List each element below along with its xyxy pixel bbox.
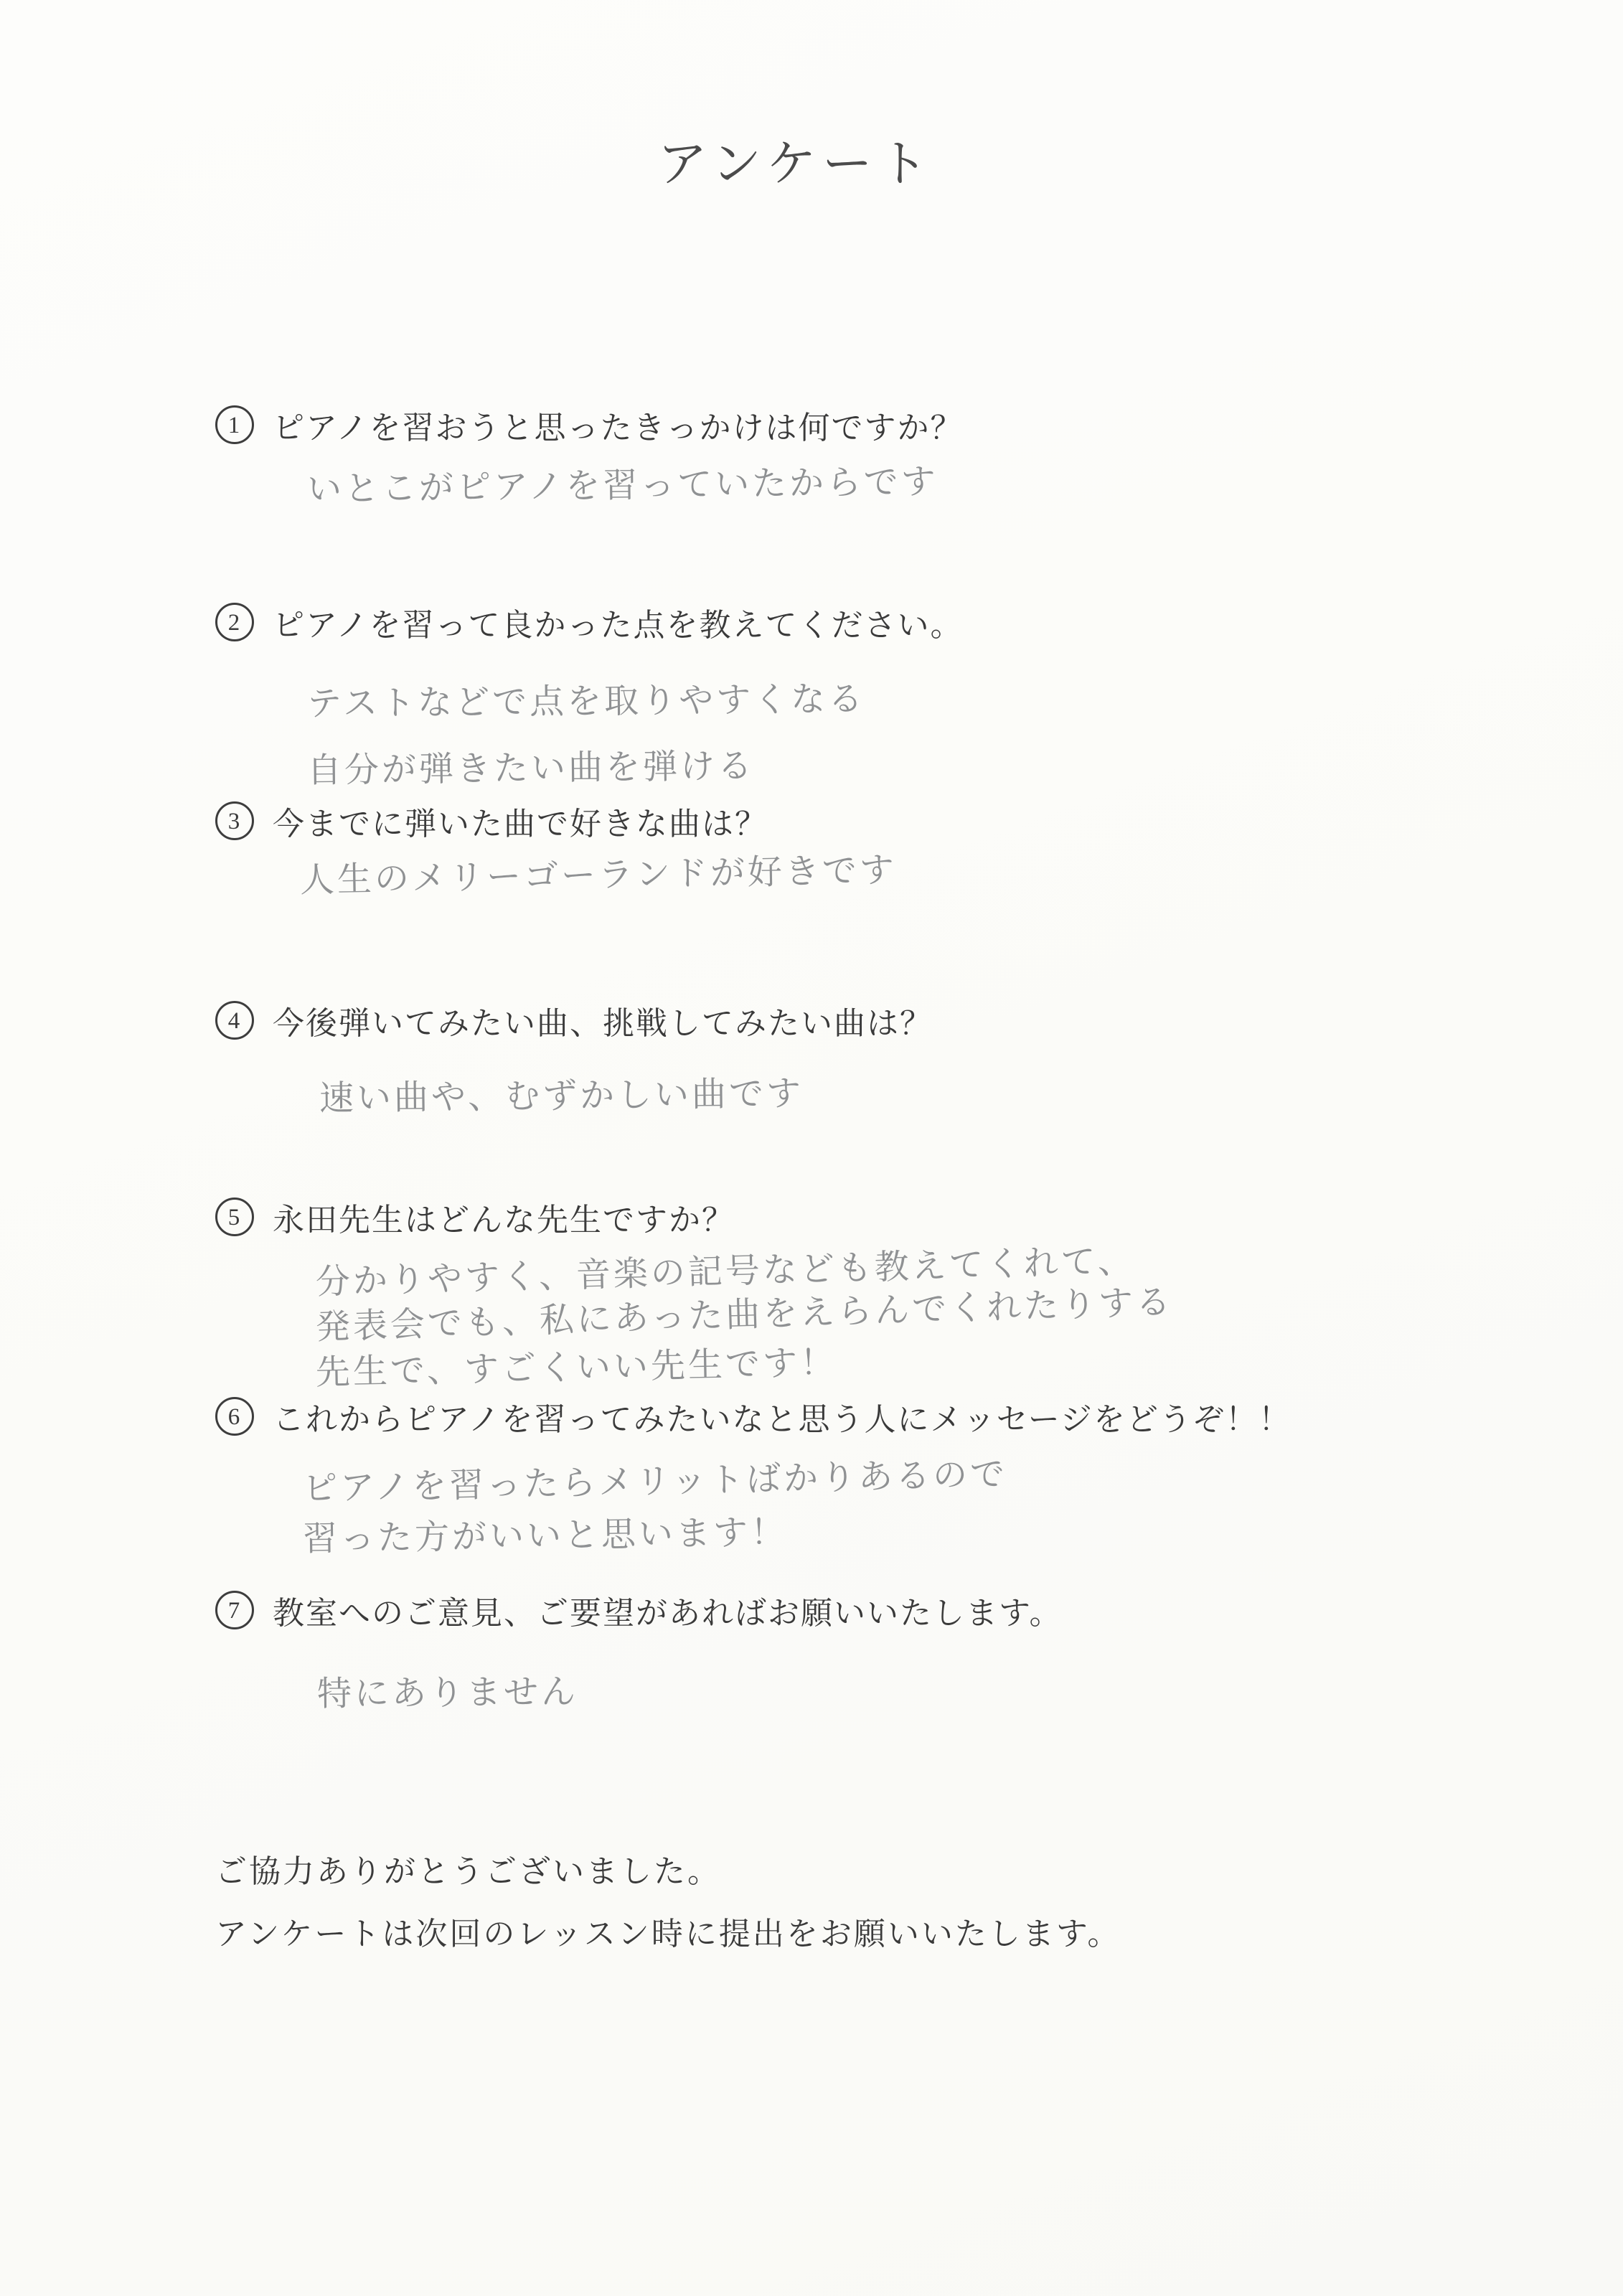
question-head: 5 永田先生はどんな先生ですか？ (215, 1194, 1478, 1240)
handwritten-answers: 特にありません (317, 1672, 1478, 1716)
question-head: 3 今までに弾いた曲で好きな曲は？ (215, 798, 1478, 844)
page-title: アンケート (657, 123, 934, 196)
question-number-badge: 5 (215, 1198, 254, 1236)
question-number-badge: 3 (215, 801, 254, 840)
handwritten-answers: 速い曲や、むずかしい曲です (319, 1076, 1478, 1121)
question-item: 5 永田先生はどんな先生ですか？ 分かりやすく、音楽の記号なども教えてくれて、発… (215, 1194, 1478, 1396)
question-item: 4 今後弾いてみたい曲、挑戦してみたい曲は？ 速い曲や、むずかしい曲です (215, 997, 1478, 1121)
question-item: 2 ピアノを習って良かった点を教えてください。 テストなどで点を取りやすくなる自… (215, 599, 1478, 804)
question-number: 2 (228, 610, 242, 636)
question-item: 3 今までに弾いた曲で好きな曲は？ 人生のメリーゴーランドが好きです (215, 798, 1478, 903)
question-number-badge: 4 (215, 1001, 254, 1040)
question-text: ピアノを習って良かった点を教えてください。 (273, 599, 963, 645)
question-text: 今後弾いてみたい曲、挑戦してみたい曲は？ (273, 997, 933, 1043)
question-text: ピアノを習おうと思ったきっかけは何ですか？ (273, 402, 963, 448)
questionnaire-page: アンケート 1 ピアノを習おうと思ったきっかけは何ですか？ いとこがピアノを習っ… (0, 0, 1623, 2296)
question-head: 7 教室へのご意見、ご要望があればお願いいたします。 (215, 1587, 1478, 1633)
answer-line: いとこがピアノを習っていたからです (307, 453, 1479, 512)
question-head: 2 ピアノを習って良かった点を教えてください。 (215, 599, 1478, 645)
question-text: 教室へのご意見、ご要望があればお願いいたします。 (273, 1587, 1062, 1633)
footer-line: アンケートは次回のレッスン時に提出をお願いいたします。 (215, 1908, 1121, 1954)
question-item: 6 これからピアノを習ってみたいなと思う人にメッセージをどうぞ！！ ピアノを習っ… (215, 1393, 1478, 1564)
question-number: 1 (228, 413, 242, 439)
question-number: 5 (228, 1205, 242, 1231)
question-item: 1 ピアノを習おうと思ったきっかけは何ですか？ いとこがピアノを習っていたからで… (215, 402, 1478, 512)
question-item: 7 教室へのご意見、ご要望があればお願いいたします。 特にありません (215, 1587, 1478, 1716)
answer-line: 人生のメリーゴーランドが好きです (299, 837, 1478, 903)
question-head: 1 ピアノを習おうと思ったきっかけは何ですか？ (215, 402, 1478, 448)
answer-line: テストなどで点を取りやすくなる (307, 661, 1479, 738)
handwritten-answers: テストなどで点を取りやすくなる自分が弾きたい曲を弾ける (307, 671, 1478, 804)
question-number: 7 (228, 1598, 242, 1624)
question-number: 3 (228, 809, 242, 835)
question-number-badge: 6 (215, 1397, 254, 1436)
answer-line: 自分が弾きたい曲を弾ける (307, 725, 1479, 804)
question-text: 今までに弾いた曲で好きな曲は？ (273, 798, 768, 844)
handwritten-answers: 分かりやすく、音楽の記号なども教えてくれて、発表会でも、私にあった曲をえらんでく… (316, 1260, 1478, 1396)
question-number: 4 (228, 1008, 242, 1035)
handwritten-answers: ピアノを習ったらメリットばかりあるので習った方がいいと思います！ (303, 1464, 1478, 1564)
question-text: 永田先生はどんな先生ですか？ (273, 1194, 735, 1240)
question-text: これからピアノを習ってみたいなと思う人にメッセージをどうぞ！！ (273, 1393, 1292, 1439)
handwritten-answers: いとこがピアノを習っていたからです (307, 467, 1478, 512)
answer-line: 速い曲や、むずかしい曲です (319, 1064, 1479, 1121)
footer-line: ご協力ありがとうございました。 (215, 1845, 1121, 1891)
question-number-badge: 2 (215, 603, 254, 641)
question-head: 4 今後弾いてみたい曲、挑戦してみたい曲は？ (215, 997, 1478, 1043)
footer: ご協力ありがとうございました。アンケートは次回のレッスン時に提出をお願いいたしま… (215, 1845, 1121, 1970)
question-number-badge: 1 (215, 405, 254, 444)
handwritten-answers: 人生のメリーゴーランドが好きです (300, 858, 1478, 903)
question-number-badge: 7 (215, 1591, 254, 1629)
question-number: 6 (228, 1404, 242, 1431)
answer-line: 特にありません (317, 1662, 1478, 1716)
question-head: 6 これからピアノを習ってみたいなと思う人にメッセージをどうぞ！！ (215, 1393, 1478, 1439)
